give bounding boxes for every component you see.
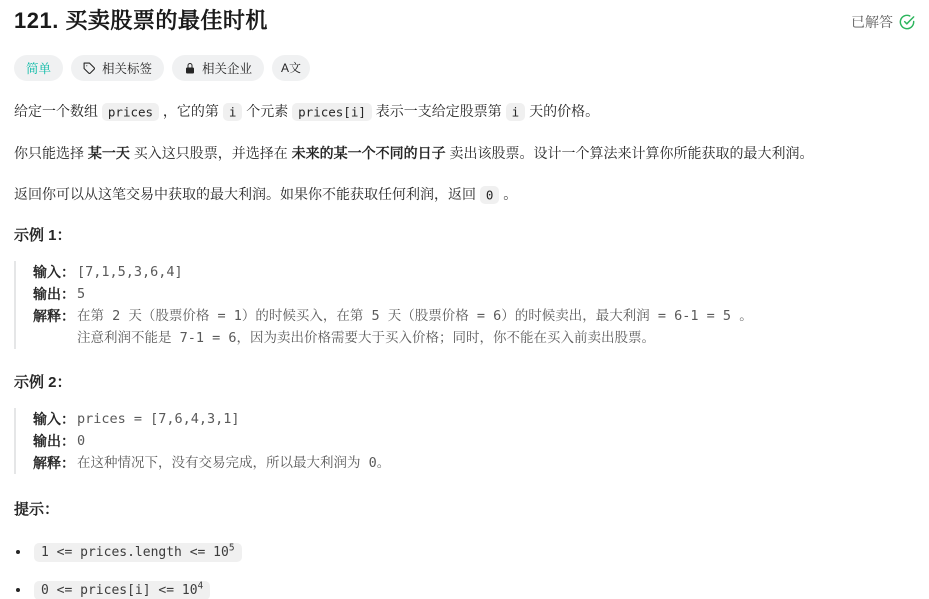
text-segment: ，它的第 — [159, 103, 223, 119]
text-segment: 个元素 — [242, 103, 292, 119]
tag-icon — [83, 62, 96, 75]
input-label: 输入： — [33, 408, 75, 430]
inline-code-i: i — [223, 103, 243, 121]
constraint-item: 0 <= prices[i] <= 104 — [31, 578, 915, 599]
input-value: [7,1,5,3,6,4] — [77, 261, 183, 283]
example-1-explanation-row: 解释： 在第 2 天（股票价格 = 1）的时候买入，在第 5 天（股票价格 = … — [33, 305, 915, 349]
inline-code-prices: prices — [102, 103, 159, 121]
tags-row: 简单 相关标签 相关企业 A文 — [14, 55, 915, 81]
constraint-item: 1 <= prices.length <= 105 — [31, 540, 915, 565]
text-segment: 表示一支给定股票第 — [372, 103, 506, 119]
bold-segment: 未来的某一个不同的日子 — [292, 145, 446, 161]
explanation-line: 在这种情况下，没有交易完成，所以最大利润为 0。 — [77, 452, 390, 474]
related-tags-button[interactable]: 相关标签 — [71, 55, 164, 81]
text-segment: 给定一个数组 — [14, 103, 102, 119]
example-1-heading: 示例 1： — [14, 226, 915, 246]
related-tags-label: 相关标签 — [102, 59, 152, 77]
output-label: 输出： — [33, 430, 75, 452]
solved-status-badge: 已解答 — [851, 12, 915, 32]
text-segment: 返回你可以从这笔交易中获取的最大利润。如果你不能获取任何利润，返回 — [14, 186, 480, 202]
constraints-list: 1 <= prices.length <= 105 0 <= prices[i]… — [14, 540, 915, 599]
text-segment: 卖出该股票。设计一个算法来计算你所能获取的最大利润。 — [446, 145, 814, 161]
input-value: prices = [7,6,4,3,1] — [77, 408, 240, 430]
output-value: 5 — [77, 283, 85, 305]
constraint-text: 0 <= prices[i] <= 10 — [41, 583, 198, 598]
output-value: 0 — [77, 430, 85, 452]
example-2-block: 输入： prices = [7,6,4,3,1] 输出： 0 解释： 在这种情况… — [14, 408, 915, 474]
translate-icon: A文 — [281, 62, 301, 74]
solved-check-icon — [899, 14, 915, 30]
inline-code-prices-i: prices[i] — [292, 103, 372, 121]
input-label: 输入： — [33, 261, 75, 283]
solved-label: 已解答 — [851, 12, 893, 32]
problem-description-page: 121. 买卖股票的最佳时机 已解答 简单 相关标签 — [0, 0, 929, 599]
related-companies-button[interactable]: 相关企业 — [172, 55, 264, 81]
inline-code-i: i — [506, 103, 526, 121]
example-1-input-row: 输入： [7,1,5,3,6,4] — [33, 261, 915, 283]
text-segment: 。 — [499, 186, 517, 202]
example-1-output-row: 输出： 5 — [33, 283, 915, 305]
description-paragraph-2: 你只能选择 某一天 买入这只股票，并选择在 未来的某一个不同的日子 卖出该股票。… — [14, 142, 915, 164]
explanation-label: 解释： — [33, 452, 75, 474]
constraint-code: 0 <= prices[i] <= 104 — [34, 581, 210, 599]
constraint-code: 1 <= prices.length <= 105 — [34, 543, 242, 562]
text-segment: 你只能选择 — [14, 145, 88, 161]
translate-button[interactable]: A文 — [272, 55, 310, 81]
constraint-text: 1 <= prices.length <= 10 — [41, 545, 229, 560]
example-2-input-row: 输入： prices = [7,6,4,3,1] — [33, 408, 915, 430]
lock-icon — [184, 62, 196, 75]
explanation-lines: 在这种情况下，没有交易完成，所以最大利润为 0。 — [77, 452, 390, 474]
constraint-superscript: 5 — [229, 543, 235, 554]
text-segment: 买入这只股票，并选择在 — [130, 145, 292, 161]
title-row: 121. 买卖股票的最佳时机 已解答 — [14, 0, 915, 34]
example-2-heading: 示例 2： — [14, 373, 915, 393]
explanation-line: 在第 2 天（股票价格 = 1）的时候买入，在第 5 天（股票价格 = 6）的时… — [77, 305, 753, 327]
constraints-heading: 提示： — [14, 500, 915, 520]
explanation-lines: 在第 2 天（股票价格 = 1）的时候买入，在第 5 天（股票价格 = 6）的时… — [77, 305, 753, 349]
description-paragraph-3: 返回你可以从这笔交易中获取的最大利润。如果你不能获取任何利润，返回 0 。 — [14, 183, 915, 206]
related-companies-label: 相关企业 — [202, 59, 252, 77]
inline-code-zero: 0 — [480, 186, 500, 204]
explanation-line: 注意利润不能是 7-1 = 6，因为卖出价格需要大于买入价格；同时，你不能在买入… — [77, 327, 753, 349]
page-title: 121. 买卖股票的最佳时机 — [14, 8, 268, 34]
text-segment: 天的价格。 — [525, 103, 599, 119]
example-2-explanation-row: 解释： 在这种情况下，没有交易完成，所以最大利润为 0。 — [33, 452, 915, 474]
description-paragraph-1: 给定一个数组 prices ，它的第 i 个元素 prices[i] 表示一支给… — [14, 100, 915, 123]
example-1-block: 输入： [7,1,5,3,6,4] 输出： 5 解释： 在第 2 天（股票价格 … — [14, 261, 915, 349]
difficulty-badge[interactable]: 简单 — [14, 55, 63, 81]
output-label: 输出： — [33, 283, 75, 305]
bold-segment: 某一天 — [88, 145, 130, 161]
constraint-superscript: 4 — [198, 581, 204, 592]
explanation-label: 解释： — [33, 305, 75, 327]
example-2-output-row: 输出： 0 — [33, 430, 915, 452]
